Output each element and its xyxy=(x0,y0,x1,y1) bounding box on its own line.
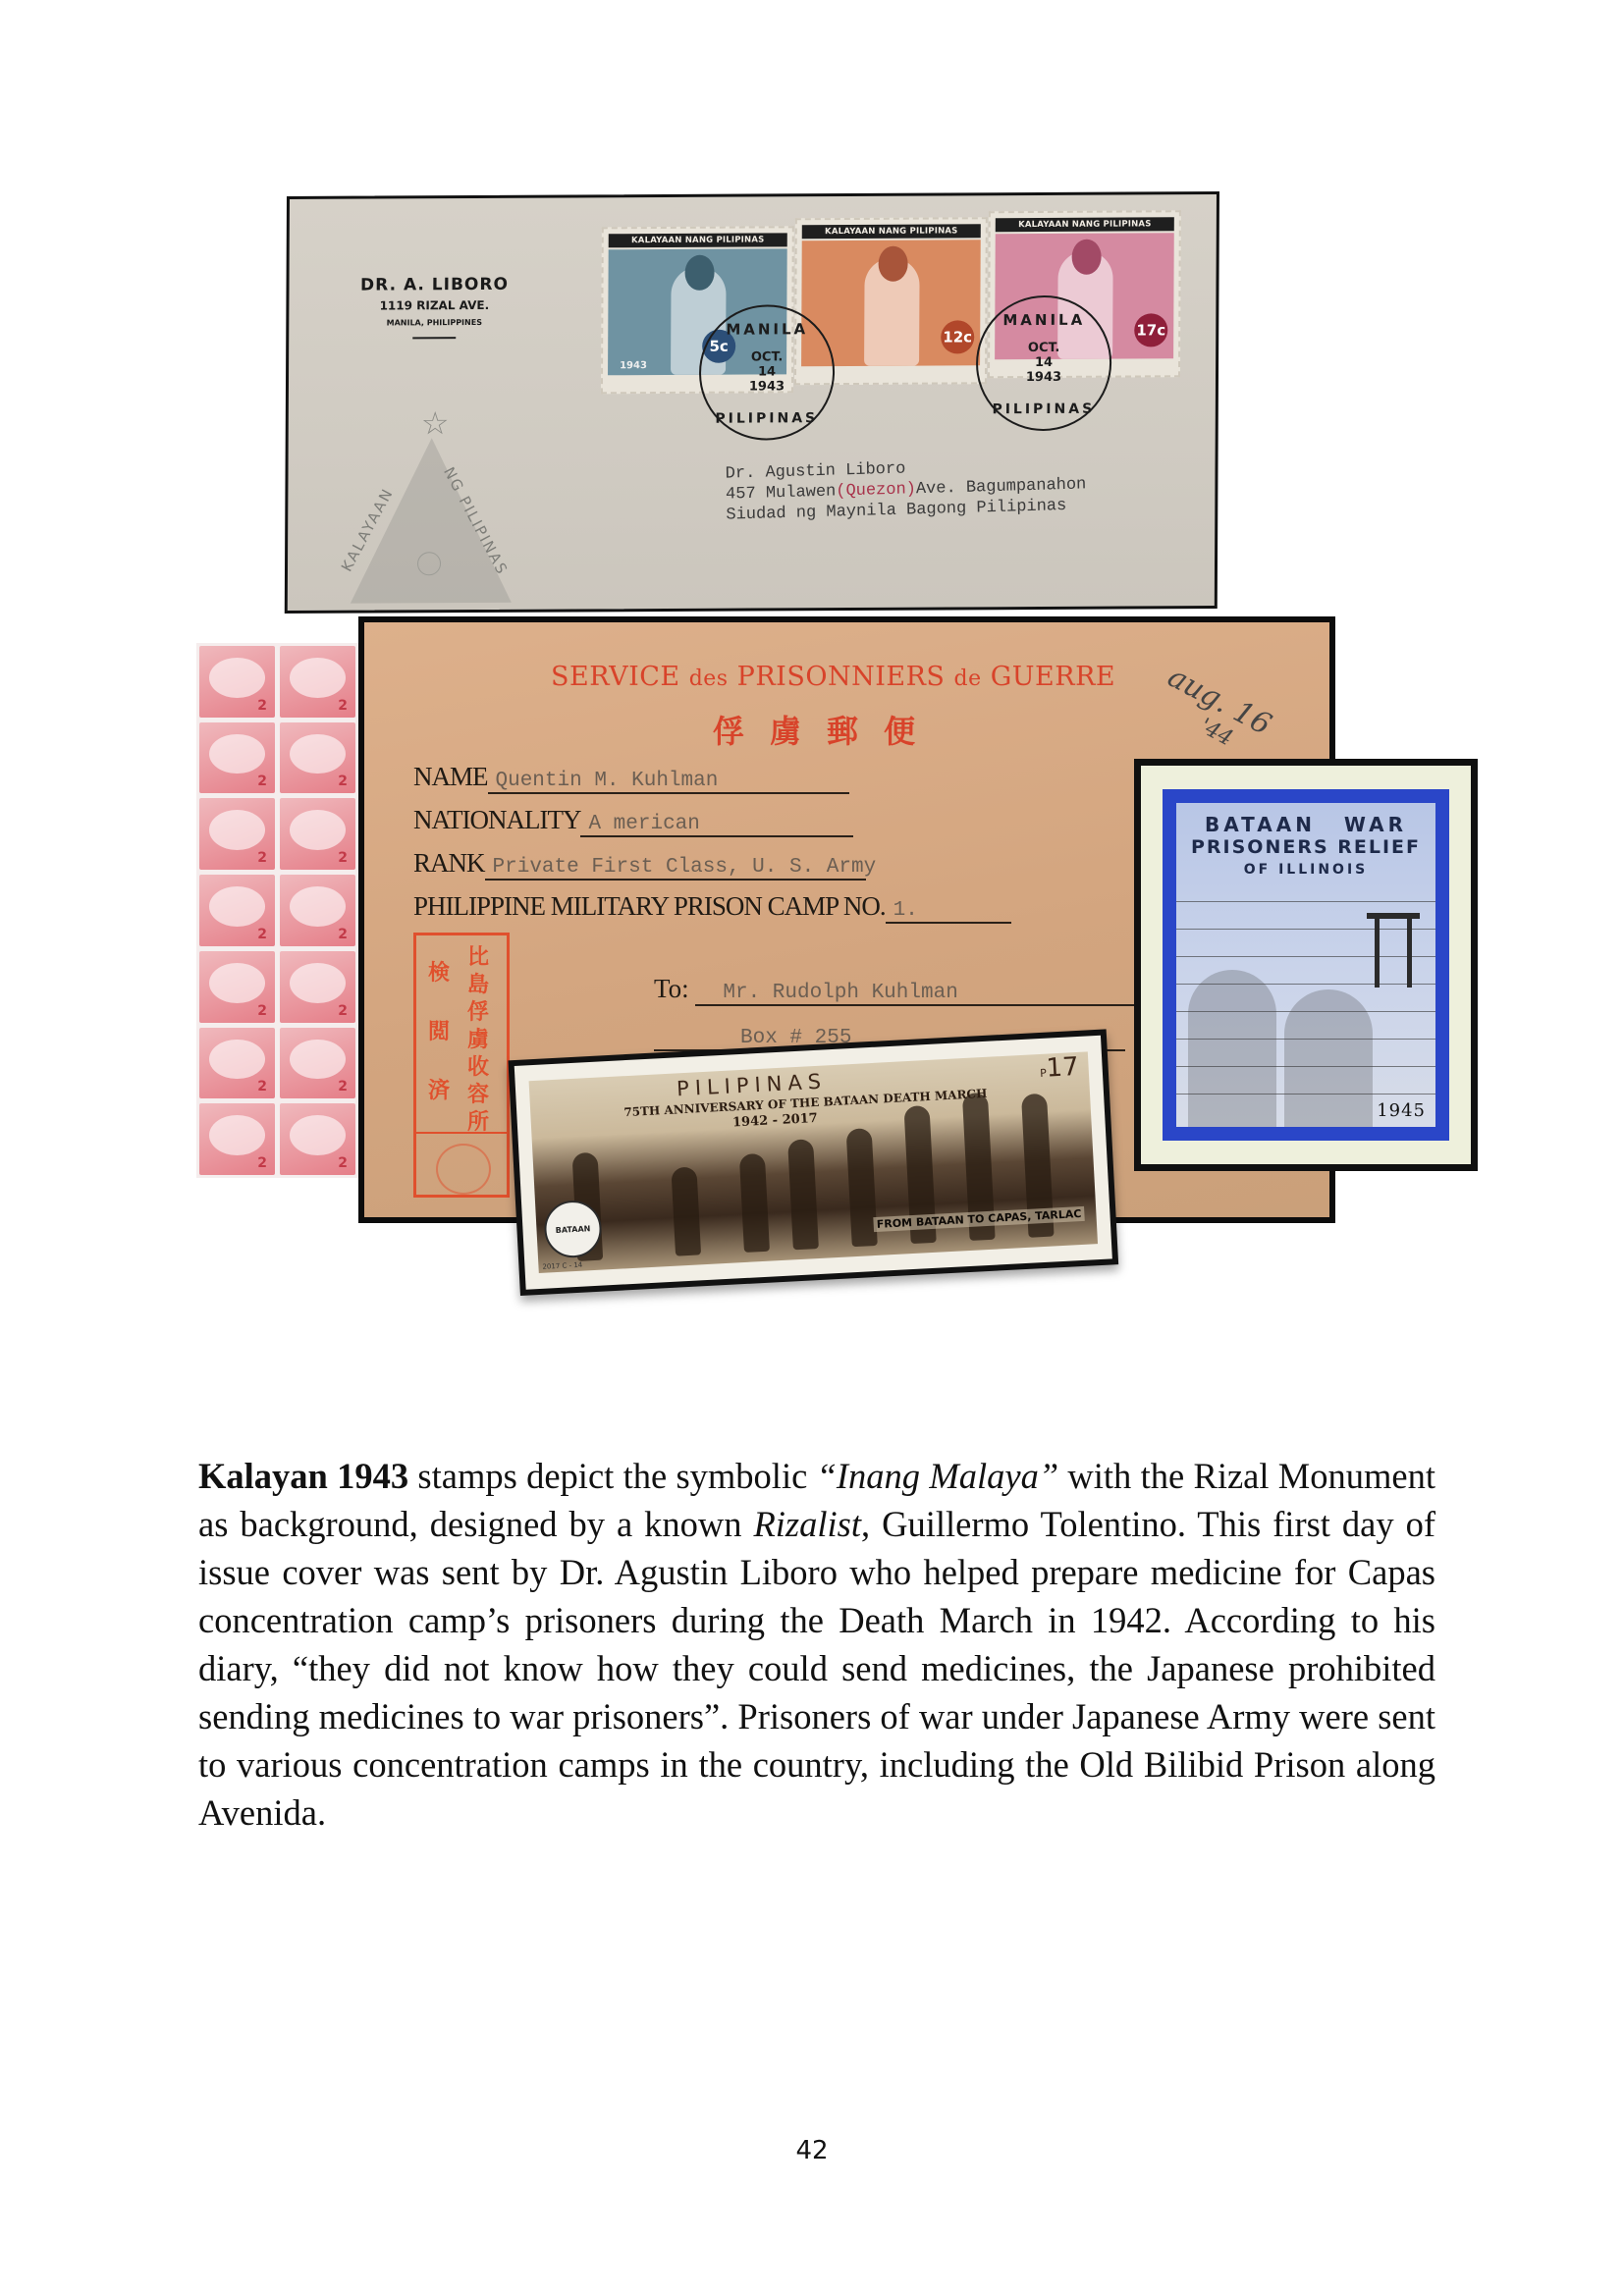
field-rank: RANKPrivate First Class, U. S. Army xyxy=(413,848,866,881)
bold-lead: Kalayan 1943 xyxy=(198,1456,408,1496)
postmark-month: OCT. xyxy=(701,349,833,365)
title-part: SERVICE xyxy=(551,662,689,692)
postcard-cjk-title: 俘虜郵便 xyxy=(713,707,941,752)
sender-street: 1119 RIZAL AVE. xyxy=(336,298,532,313)
title-part: GUERRE xyxy=(982,662,1115,692)
censor-stamp: 検閲済 比島俘虜收容所 xyxy=(413,933,510,1198)
manila-postmark: MANILA OCT. 14 1943 PILIPINAS xyxy=(976,295,1112,432)
bataan-relief-stamp: BATAAN WAR PRISONERS RELIEF OF ILLINOIS … xyxy=(1134,759,1478,1171)
stamp-value: P17 xyxy=(1039,1052,1079,1084)
stamp-collage: DR. A. LIBORO 1119 RIZAL AVE. MANILA, PH… xyxy=(0,0,1624,1374)
divider xyxy=(412,337,456,339)
relief-title: PRISONERS RELIEF xyxy=(1176,836,1435,858)
field-label: PHILIPPINE MILITARY PRISON CAMP NO. xyxy=(413,891,886,921)
postmark-year: 1943 xyxy=(978,370,1110,386)
seal-icon xyxy=(436,1144,491,1195)
sender-return-address: DR. A. LIBORO 1119 RIZAL AVE. MANILA, PH… xyxy=(336,275,532,340)
field-value: A merican xyxy=(580,813,853,837)
postcard-title: SERVICE des PRISONNIERS de GUERRE xyxy=(551,662,1115,692)
postmark-date: OCT. 14 1943 xyxy=(701,349,833,395)
manila-postmark: MANILA OCT. 14 1943 PILIPINAS xyxy=(699,304,836,441)
relief-subtitle: OF ILLINOIS xyxy=(1176,862,1435,878)
address-correction: (Quezon) xyxy=(836,480,916,501)
title-part: des xyxy=(689,667,729,691)
postmark-city: MANILA xyxy=(701,320,833,339)
title-part: de xyxy=(954,667,982,691)
title-part: PRISONNIERS xyxy=(729,662,954,692)
stamp-value: 12c xyxy=(941,320,974,353)
sun-icon xyxy=(417,552,441,575)
field-value: Mr. Rudolph Kuhlman xyxy=(695,982,1155,1006)
first-day-cover-envelope: DR. A. LIBORO 1119 RIZAL AVE. MANILA, PH… xyxy=(285,191,1219,614)
handwritten-date: aug. 16'44 xyxy=(1151,660,1277,764)
stamp-header: KALAYAAN NANG PILIPINAS xyxy=(996,217,1174,232)
stamp-year: 1943 xyxy=(620,360,647,371)
stamp-years: 1942 - 2017 xyxy=(732,1111,818,1131)
field-camp-number: PHILIPPINE MILITARY PRISON CAMP NO.1. xyxy=(413,891,1011,924)
value-amount: 17 xyxy=(1046,1052,1080,1084)
prisoner-figure xyxy=(1284,989,1373,1127)
stamp-header: KALAYAAN NANG PILIPINAS xyxy=(609,233,787,247)
seal-text: BATAAN xyxy=(556,1224,591,1235)
field-value: Private First Class, U. S. Army xyxy=(485,856,866,881)
body-paragraph: Kalayan 1943 stamps depict the symbolic … xyxy=(198,1452,1435,1837)
censor-text: 検閲済 xyxy=(428,943,452,1120)
body-text: stamps depict the symbolic xyxy=(408,1456,816,1496)
field-label: RANK xyxy=(413,848,485,878)
postmark-year: 1943 xyxy=(701,379,833,395)
address-text: 457 Mulawen xyxy=(726,483,837,505)
postmark-city: MANILA xyxy=(978,311,1110,330)
postmark-month: OCT. xyxy=(978,341,1110,356)
star-icon: ☆ xyxy=(421,404,450,442)
stamp-value: 17c xyxy=(1134,313,1167,347)
stamp-header: KALAYAAN NANG PILIPINAS xyxy=(802,224,981,239)
postmark-country: PILIPINAS xyxy=(978,401,1110,418)
sender-city: MANILA, PHILIPPINES xyxy=(336,318,532,328)
relief-year: 1945 xyxy=(1377,1100,1426,1121)
censor-text: 比島俘虜收容所 xyxy=(467,943,491,1136)
page-number: 42 xyxy=(0,2136,1624,2165)
postmark-country: PILIPINAS xyxy=(701,410,833,427)
stamp-sheet xyxy=(196,643,358,1178)
field-value: Quentin M. Kuhlman xyxy=(488,770,849,794)
stamp-code: 2017 C - 14 xyxy=(542,1261,582,1271)
body-text: , Guillermo Tolentino. This first day of… xyxy=(198,1504,1435,1833)
field-label: NAME xyxy=(413,762,488,791)
death-march-photo: PILIPINAS 75TH ANNIVERSARY OF THE BATAAN… xyxy=(529,1051,1098,1273)
field-value: 1. xyxy=(886,899,1011,924)
italic-term: “Inang Malaya” xyxy=(817,1456,1059,1496)
field-nationality: NATIONALITYA merican xyxy=(413,805,853,837)
postmark-day: 14 xyxy=(701,364,833,380)
torii-gate-icon xyxy=(1367,913,1420,988)
relief-title: BATAAN WAR xyxy=(1176,813,1435,836)
death-march-stamp: PILIPINAS 75TH ANNIVERSARY OF THE BATAAN… xyxy=(508,1029,1118,1296)
field-label: NATIONALITY xyxy=(413,805,580,834)
field-label: To: xyxy=(654,974,689,1003)
kalayaan-cachet: ☆ KALAYAAN NG PILIPINAS xyxy=(327,404,544,612)
field-name: NAMEQuentin M. Kuhlman xyxy=(413,762,849,794)
recipient-address: Dr. Agustin Liboro 457 Mulawen(Quezon)Av… xyxy=(726,454,1087,525)
postmark-day: 14 xyxy=(978,355,1110,371)
sender-name: DR. A. LIBORO xyxy=(336,275,532,295)
italic-term: Rizalist xyxy=(754,1504,862,1544)
prisoner-figure xyxy=(1188,970,1276,1127)
relief-stamp-artwork: BATAAN WAR PRISONERS RELIEF OF ILLINOIS … xyxy=(1163,789,1449,1141)
postmark-date: OCT. 14 1943 xyxy=(978,341,1110,386)
field-to: To: Mr. Rudolph Kuhlman xyxy=(654,974,1155,1006)
